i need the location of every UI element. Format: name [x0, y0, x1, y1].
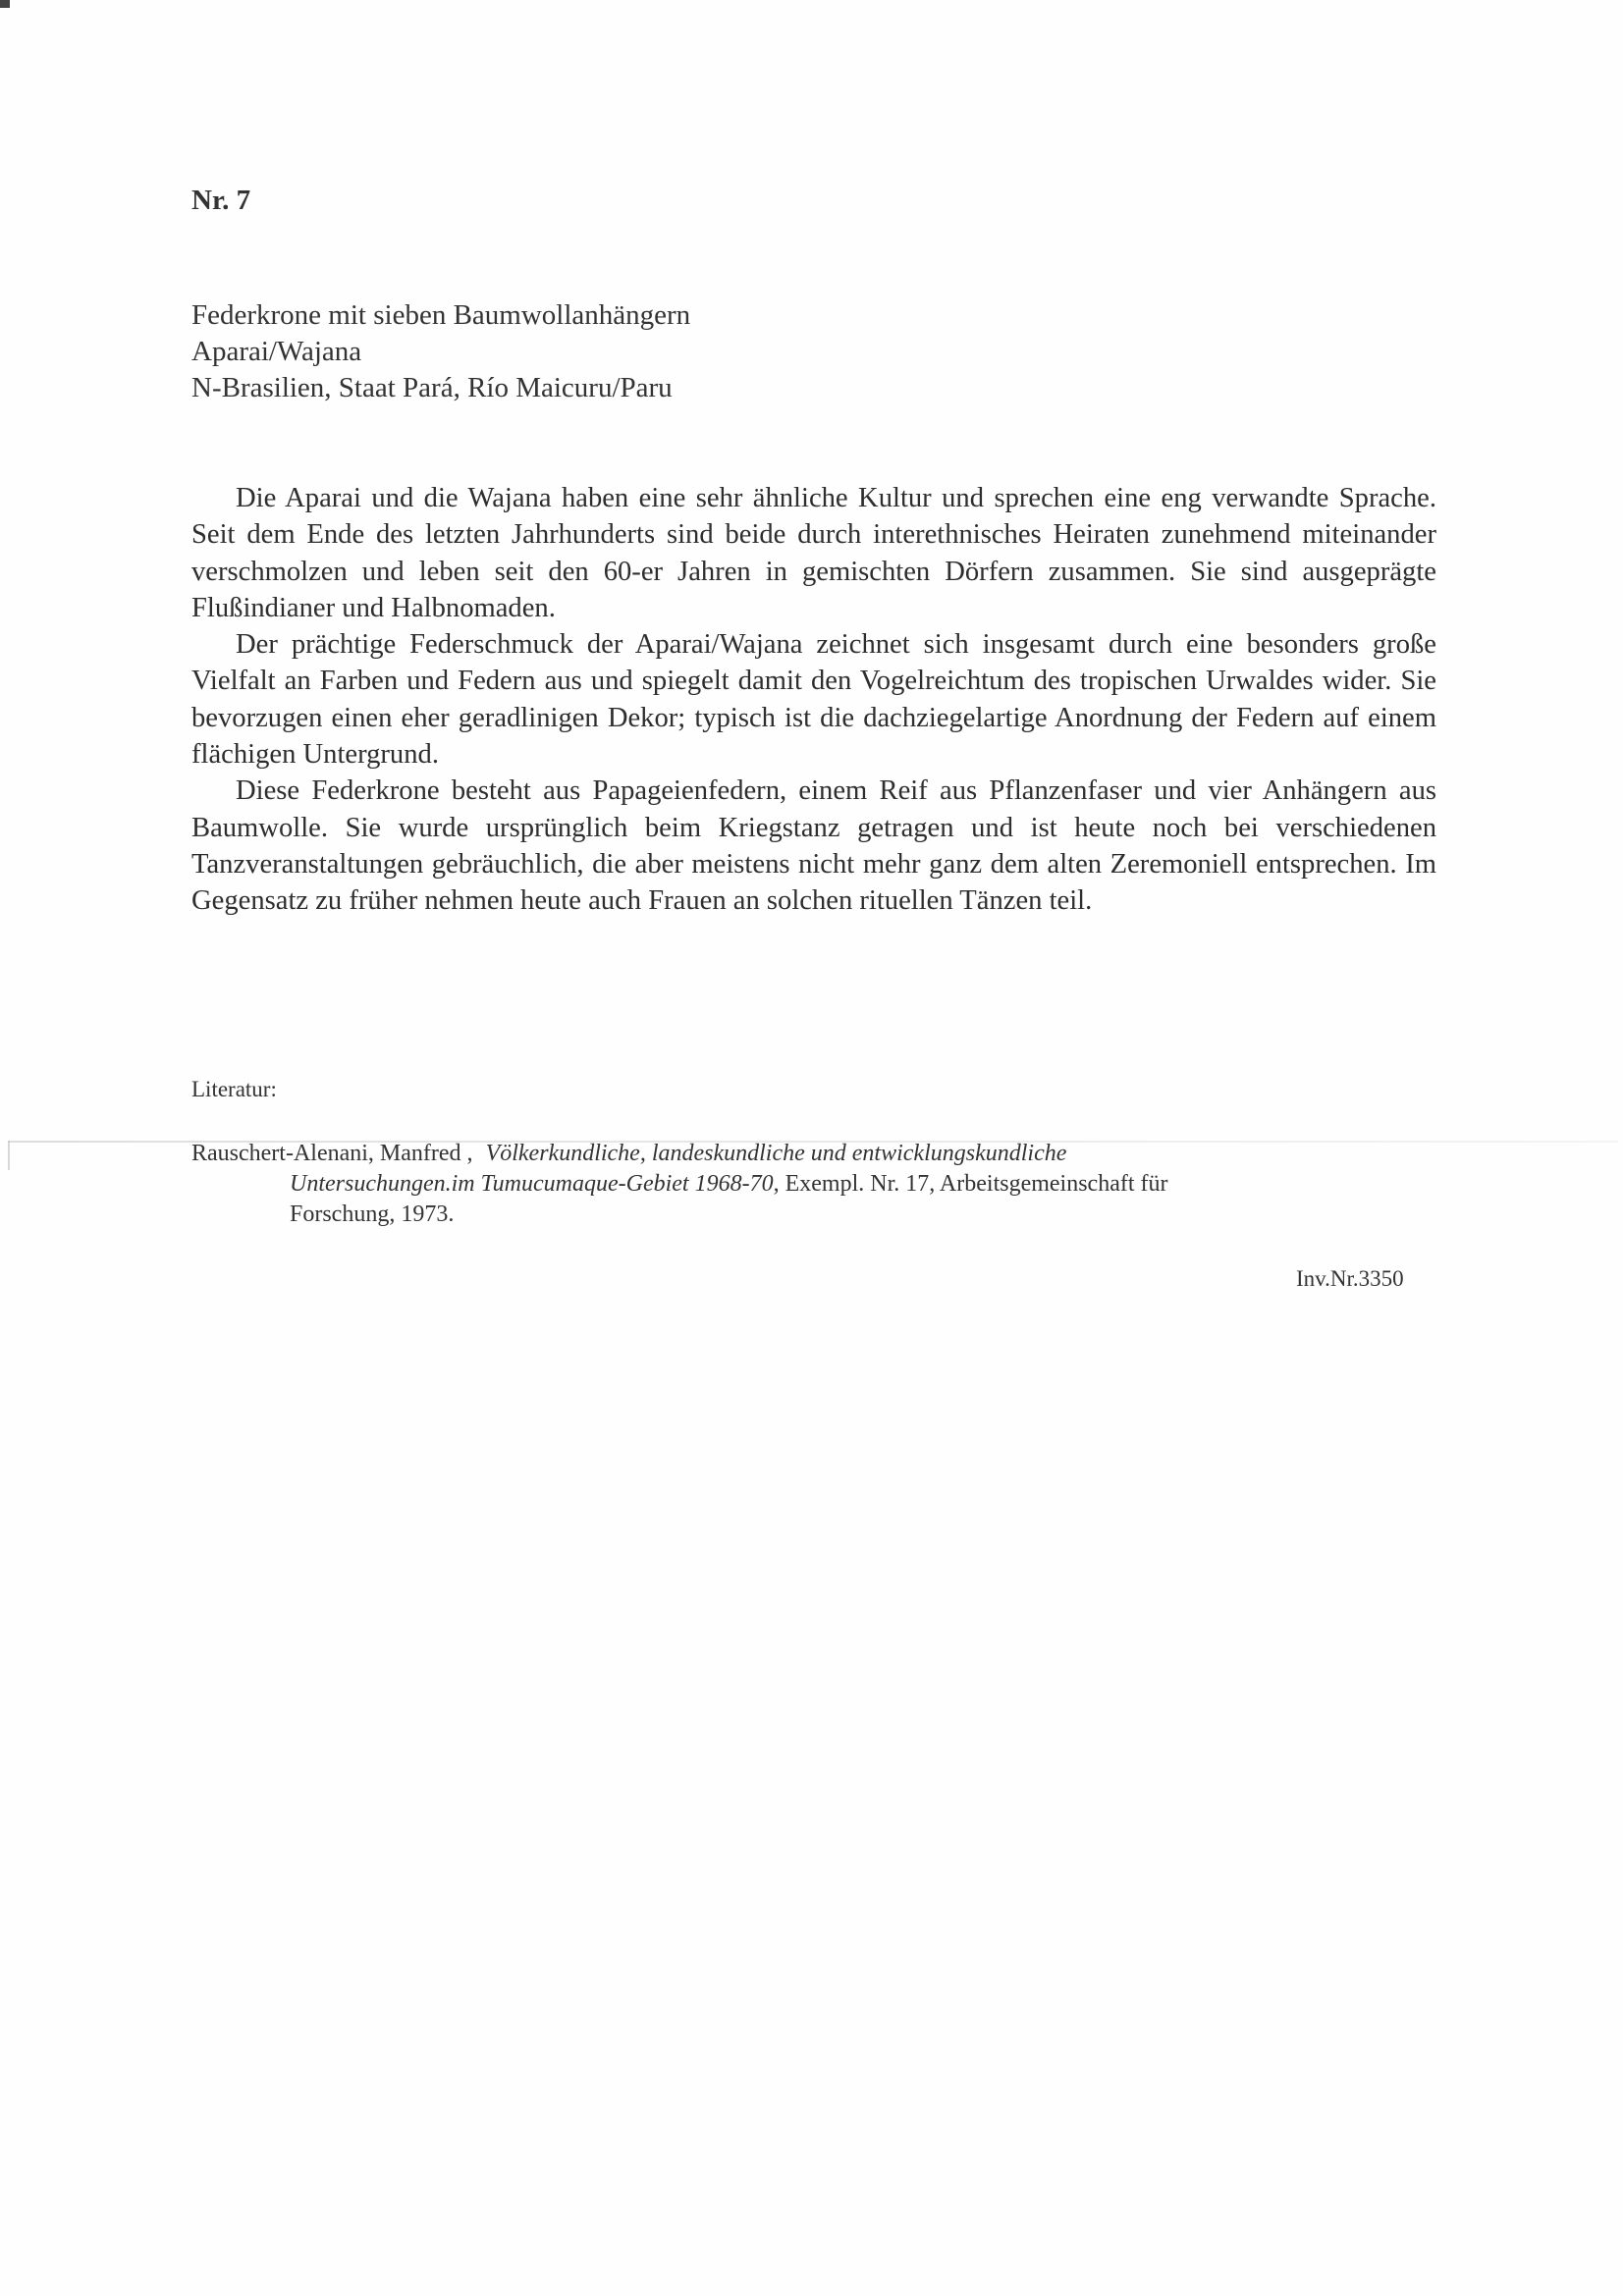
literature-line-1: Rauschert-Alenani, Manfred , Völkerkundl…	[191, 1139, 1330, 1169]
literature-title-part-1: Völkerkundliche, landeskundliche und ent…	[486, 1141, 1067, 1166]
paragraph: Der prächtige Federschmuck der Aparai/Wa…	[191, 626, 1436, 773]
paper-fold-mark	[8, 1141, 10, 1170]
object-header: Federkrone mit sieben Baumwollanhängern …	[191, 297, 690, 406]
literature-publisher: Forschung, 1973.	[290, 1201, 454, 1227]
literature-line-3: Forschung, 1973.	[191, 1200, 1330, 1230]
object-title: Federkrone mit sieben Baumwollanhängern	[191, 297, 690, 334]
literature-author: Rauschert-Alenani, Manfred ,	[191, 1141, 473, 1166]
literature-entry: Rauschert-Alenani, Manfred , Völkerkundl…	[191, 1139, 1330, 1230]
literature-label: Literatur:	[191, 1077, 277, 1102]
description-body: Die Aparai und die Wajana haben eine seh…	[191, 480, 1436, 920]
paragraph: Diese Federkrone besteht aus Papageienfe…	[191, 773, 1436, 919]
literature-details: , Exempl. Nr. 17, Arbeitsgemeinschaft fü…	[774, 1171, 1168, 1197]
ethnic-group: Aparai/Wajana	[191, 334, 690, 370]
object-location: N-Brasilien, Staat Pará, Río Maicuru/Par…	[191, 370, 690, 406]
literature-line-2: Untersuchungen.im Tumucumaque-Gebiet 196…	[191, 1169, 1330, 1200]
paragraph: Die Aparai und die Wajana haben eine seh…	[191, 480, 1436, 626]
document-page: Nr. 7 Federkrone mit sieben Baumwollanhä…	[0, 0, 1623, 2296]
scan-artifact	[0, 0, 10, 8]
inventory-number: Inv.Nr.3350	[1296, 1266, 1404, 1292]
literature-title-part-2: Untersuchungen.im Tumucumaque-Gebiet 196…	[290, 1171, 774, 1197]
catalog-number: Nr. 7	[191, 185, 250, 217]
